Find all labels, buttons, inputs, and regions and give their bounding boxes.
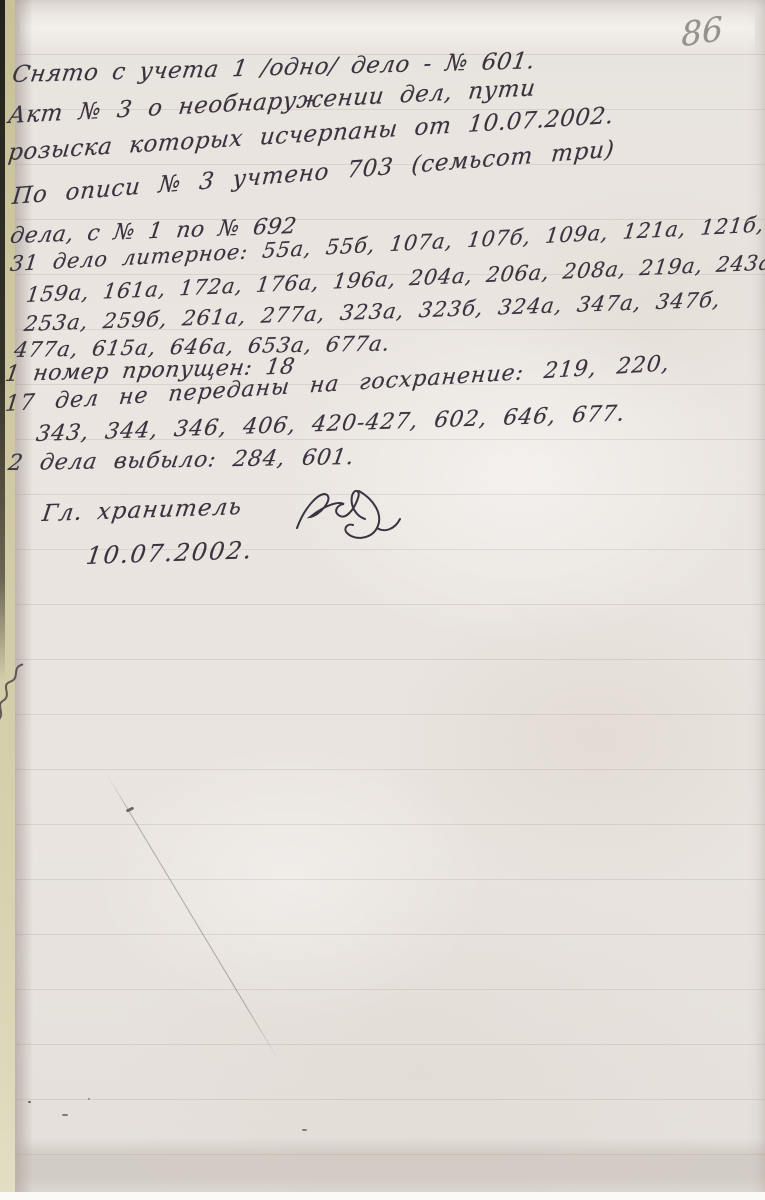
scan-speck [88,1098,90,1100]
signature-flourish [293,486,411,544]
page-gutter-shadow [15,0,33,1192]
binding-shadow-edge [0,0,5,680]
page-number: 86 [681,9,723,55]
scan-light-band [20,10,755,54]
scan-speck [302,1129,307,1131]
handwritten-line-15: 10.07.2002. [84,536,255,570]
scan-bottom-shade [15,1138,765,1192]
scan-speck [62,1114,68,1116]
scan-speck [28,1101,31,1103]
